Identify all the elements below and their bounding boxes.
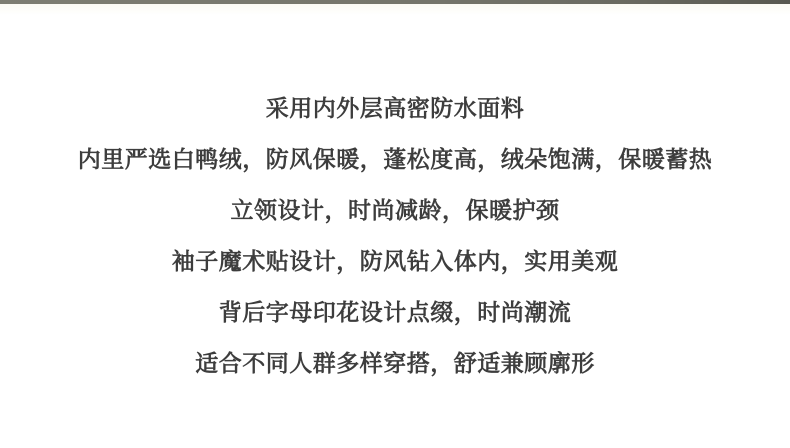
feature-line-fabric: 采用内外层高密防水面料 xyxy=(0,95,790,121)
feature-line-fit: 适合不同人群多样穿搭，舒适兼顾廓形 xyxy=(0,350,790,376)
feature-line-down-filling: 内里严选白鸭绒，防风保暖，蓬松度高，绒朵饱满，保暖蓄热 xyxy=(0,146,790,172)
feature-line-back-print: 背后字母印花设计点缀，时尚潮流 xyxy=(0,299,790,325)
feature-line-sleeve-velcro: 袖子魔术贴设计，防风钻入体内，实用美观 xyxy=(0,248,790,274)
product-description-panel: 采用内外层高密防水面料 内里严选白鸭绒，防风保暖，蓬松度高，绒朵饱满，保暖蓄热 … xyxy=(0,0,790,448)
feature-line-collar: 立领设计，时尚减龄，保暖护颈 xyxy=(0,197,790,223)
product-feature-list: 采用内外层高密防水面料 内里严选白鸭绒，防风保暖，蓬松度高，绒朵饱满，保暖蓄热 … xyxy=(0,15,790,376)
top-fade-strip xyxy=(0,4,790,15)
